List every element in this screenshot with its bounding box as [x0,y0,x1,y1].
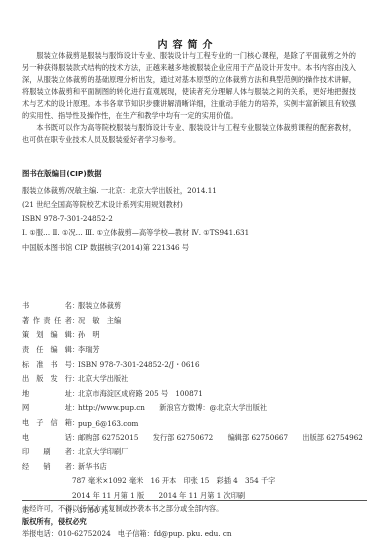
colophon-row-planning-editor: 策划编辑： 孙 明 [22,328,363,343]
colophon-row-printer: 印刷者： 北京大学印刷厂 [22,445,363,460]
colophon-label: 电话 [22,433,72,443]
colophon-label: 著作责任者 [22,316,72,326]
colophon-value: pup_6@163.com [78,419,138,428]
colophon-row-phone: 电话： 邮购部 62752015 发行部 62750672 编辑部 627506… [22,430,363,445]
colophon-label: 网址 [22,403,72,413]
colophon-label: 标准书号 [22,360,72,370]
copyright-notice: 未经许可，不得以任何方式复制或抄袭本书之部分或全部内容。 [22,504,232,517]
cip-line-classification: Ⅰ. ①服… Ⅱ. ①况… Ⅲ. ①立体裁剪—高等学校—教材 Ⅳ. ①TS941… [22,228,249,238]
colophon-value: 新华书店 [78,462,107,472]
divider-rule [22,500,367,501]
colophon-label: 出版发行 [22,374,72,384]
copyright-page: 内容简介 服装立体裁剪是服装与服饰设计专业、服装设计与工程专业的一门核心课程，是… [0,0,375,550]
colophon-row-isbn: 标准书号： ISBN 978-7-301-24852-2/J・0616 [22,357,363,372]
colophon: 书名： 服装立体裁剪 著作责任者： 况 敏 主编 策划编辑： 孙 明 责任编辑：… [22,299,363,518]
colophon-value: 北京大学出版社 [78,374,128,384]
colophon-value: 邮购部 62752015 发行部 62750672 编辑部 62750667 出… [78,433,363,443]
report-contact: 举报电话：010-62752024 电子信箱：fd@pup. pku. edu.… [22,529,232,542]
colophon-value: 北京大学印刷厂 [78,447,128,457]
cip-line-series: (21 世纪全国高等院校艺术设计系列实用规划教材) [22,200,183,210]
colophon-value: 服装立体裁剪 [78,301,121,311]
cip-line-record-number: 中国版本图书馆 CIP 数据核字(2014)第 221346 号 [22,243,189,253]
colophon-value: 北京市海淀区成府路 205 号 100871 [78,389,203,399]
rights-reserved: 版权所有，侵权必究 [22,517,232,530]
copyright-footer: 未经许可，不得以任何方式复制或抄袭本书之部分或全部内容。 版权所有，侵权必究 举… [22,504,232,542]
colophon-label: 书名 [22,301,72,311]
colophon-value: 况 敏 主编 [78,316,121,326]
colophon-specs: 787 毫米×1092 毫米 16 开本 印张 15 彩插 4 354 千字 [22,474,363,489]
colophon-row-address: 地址： 北京市海淀区成府路 205 号 100871 [22,387,363,402]
colophon-row-author: 著作责任者： 况 敏 主编 [22,314,363,329]
colophon-row-responsible-editor: 责任编辑： 李瑞芳 [22,343,363,358]
cip-heading: 图书在版编目(CIP)数据 [22,168,101,179]
colophon-label: 策划编辑 [22,330,72,340]
colophon-value: 李瑞芳 [78,345,100,355]
cip-line-isbn: ISBN 978-7-301-24852-2 [22,214,113,223]
colophon-value: http://www.pup.cn 新浪官方微博：@北京大学出版社 [78,403,267,413]
intro-paragraph-1: 服装立体裁剪是服装与服饰设计专业、服装设计与工程专业的一门核心课程，是除了平面裁… [22,50,356,122]
intro-paragraph-2: 本书既可以作为高等院校服装与服饰设计专业、服装设计与工程专业服装立体裁剪课程的配… [22,122,356,146]
colophon-label: 印刷者 [22,447,72,457]
cip-line-title: 服装立体裁剪/况敏主编. 一北京：北京大学出版社，2014.11 [22,186,217,196]
colophon-label: 责任编辑 [22,345,72,355]
colophon-row-publisher: 出版发行： 北京大学出版社 [22,372,363,387]
colophon-value: 孙 明 [78,330,100,340]
colophon-row-email: 电子信箱： pup_6@163.com [22,416,363,431]
colophon-row-book-title: 书名： 服装立体裁剪 [22,299,363,314]
intro-body: 服装立体裁剪是服装与服饰设计专业、服装设计与工程专业的一门核心课程，是除了平面裁… [22,50,356,146]
intro-title: 内容简介 [0,36,375,51]
colophon-label: 经销者 [22,462,72,472]
colophon-row-distributor: 经销者： 新华书店 [22,460,363,475]
colophon-label: 电子信箱 [22,418,72,428]
colophon-label: 地址 [22,389,72,399]
colophon-row-website: 网址： http://www.pup.cn 新浪官方微博：@北京大学出版社 [22,401,363,416]
colophon-value: ISBN 978-7-301-24852-2/J・0616 [78,360,200,370]
colophon-edition: 2014 年 11 月第 1 版 2014 年 11 月第 1 次印刷 [22,489,363,504]
